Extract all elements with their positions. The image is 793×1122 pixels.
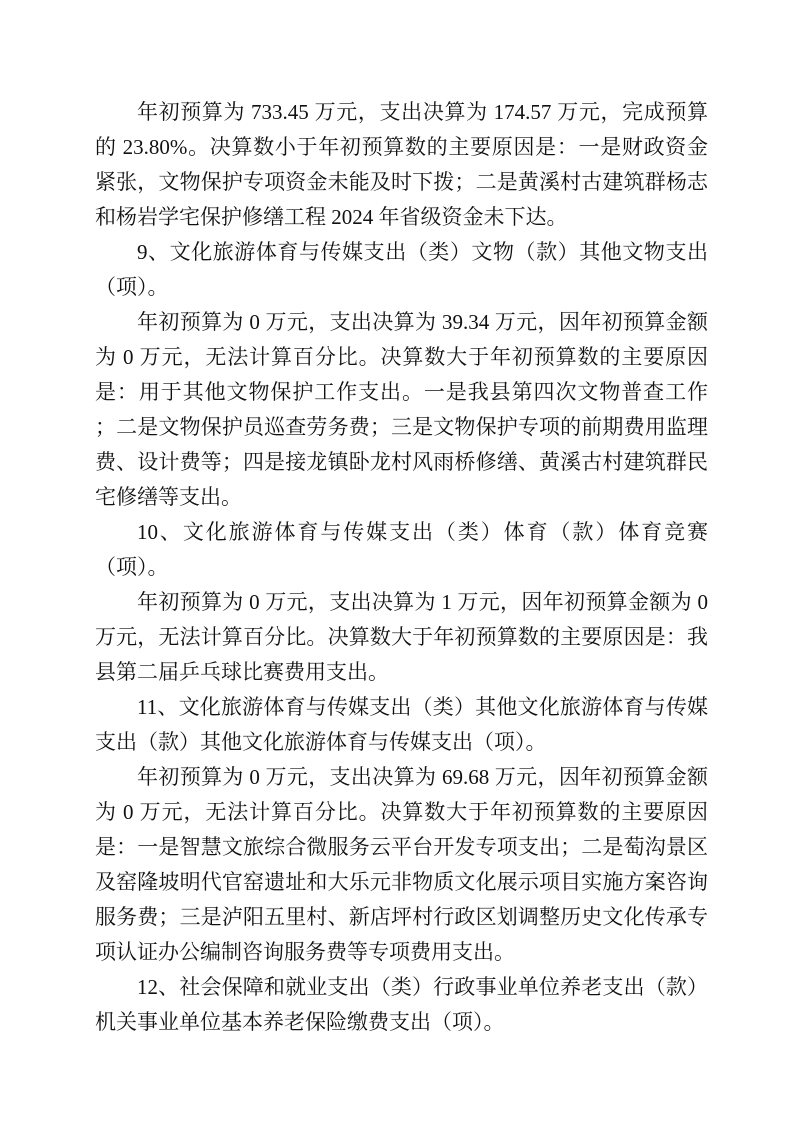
paragraph-item12-heading: 12、社会保障和就业支出（类）行政事业单位养老支出（款）机关事业单位基本养老保险… xyxy=(95,970,708,1040)
paragraph-item9-heading: 9、文化旅游体育与传媒支出（类）文物（款）其他文物支出（项）。 xyxy=(95,235,708,305)
paragraph-item8-budget-detail: 年初预算为 733.45 万元，支出决算为 174.57 万元，完成预算的 23… xyxy=(95,95,708,235)
paragraph-item11-budget-detail: 年初预算为 0 万元，支出决算为 69.68 万元，因年初预算金额为 0 万元，… xyxy=(95,760,708,970)
paragraph-item11-heading: 11、文化旅游体育与传媒支出（类）其他文化旅游体育与传媒支出（款）其他文化旅游体… xyxy=(95,690,708,760)
paragraph-item10-heading: 10、文化旅游体育与传媒支出（类）体育（款）体育竞赛（项）。 xyxy=(95,515,708,585)
document-body: 年初预算为 733.45 万元，支出决算为 174.57 万元，完成预算的 23… xyxy=(95,95,708,1040)
paragraph-item10-budget-detail: 年初预算为 0 万元，支出决算为 1 万元，因年初预算金额为 0 万元，无法计算… xyxy=(95,585,708,690)
document-page: 年初预算为 733.45 万元，支出决算为 174.57 万元，完成预算的 23… xyxy=(0,0,793,1122)
paragraph-item9-budget-detail: 年初预算为 0 万元，支出决算为 39.34 万元，因年初预算金额为 0 万元，… xyxy=(95,305,708,515)
